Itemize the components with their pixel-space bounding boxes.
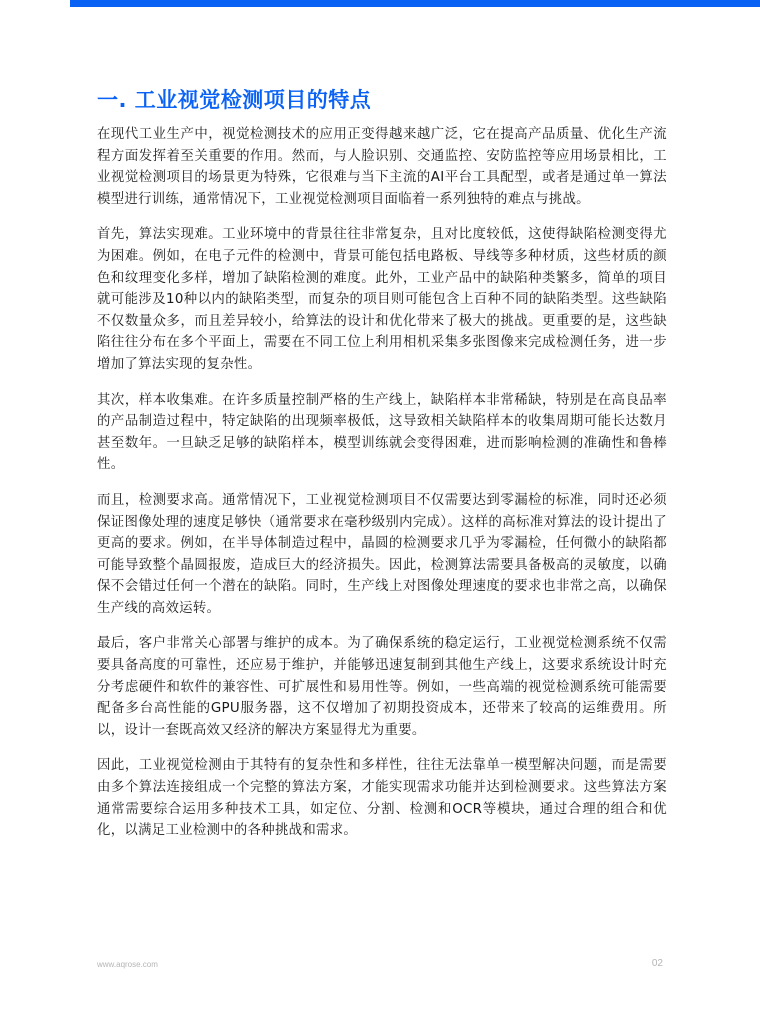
paragraph-algorithm-difficulty: 首先，算法实现难。工业环境中的背景往往非常复杂，且对比度较低，这使得缺陷检测变得…: [97, 224, 667, 375]
paragraph-conclusion: 因此，工业视觉检测由于其特有的复杂性和多样性，往往无法靠单一模型解决问题，而是需…: [97, 755, 667, 841]
section-title: 一. 工业视觉检测项目的特点: [97, 84, 371, 114]
paragraph-intro: 在现代工业生产中，视觉检测技术的应用正变得越来越广泛，它在提高产品质量、优化生产…: [97, 124, 667, 210]
paragraph-sample-collection: 其次，样本收集难。在许多质量控制严格的生产线上，缺陷样本非常稀缺，特别是在高良品…: [97, 390, 667, 476]
top-accent-bar: [70, 0, 760, 7]
footer-website: www.aqrose.com: [97, 960, 158, 969]
page-number: 02: [652, 958, 663, 969]
section-body: 在现代工业生产中，视觉检测技术的应用正变得越来越广泛，它在提高产品质量、优化生产…: [97, 124, 667, 856]
paragraph-deployment-cost: 最后，客户非常关心部署与维护的成本。为了确保系统的稳定运行，工业视觉检测系统不仅…: [97, 633, 667, 741]
paragraph-detection-requirements: 而且，检测要求高。通常情况下，工业视觉检测项目不仅需要达到零漏检的标准，同时还必…: [97, 490, 667, 620]
